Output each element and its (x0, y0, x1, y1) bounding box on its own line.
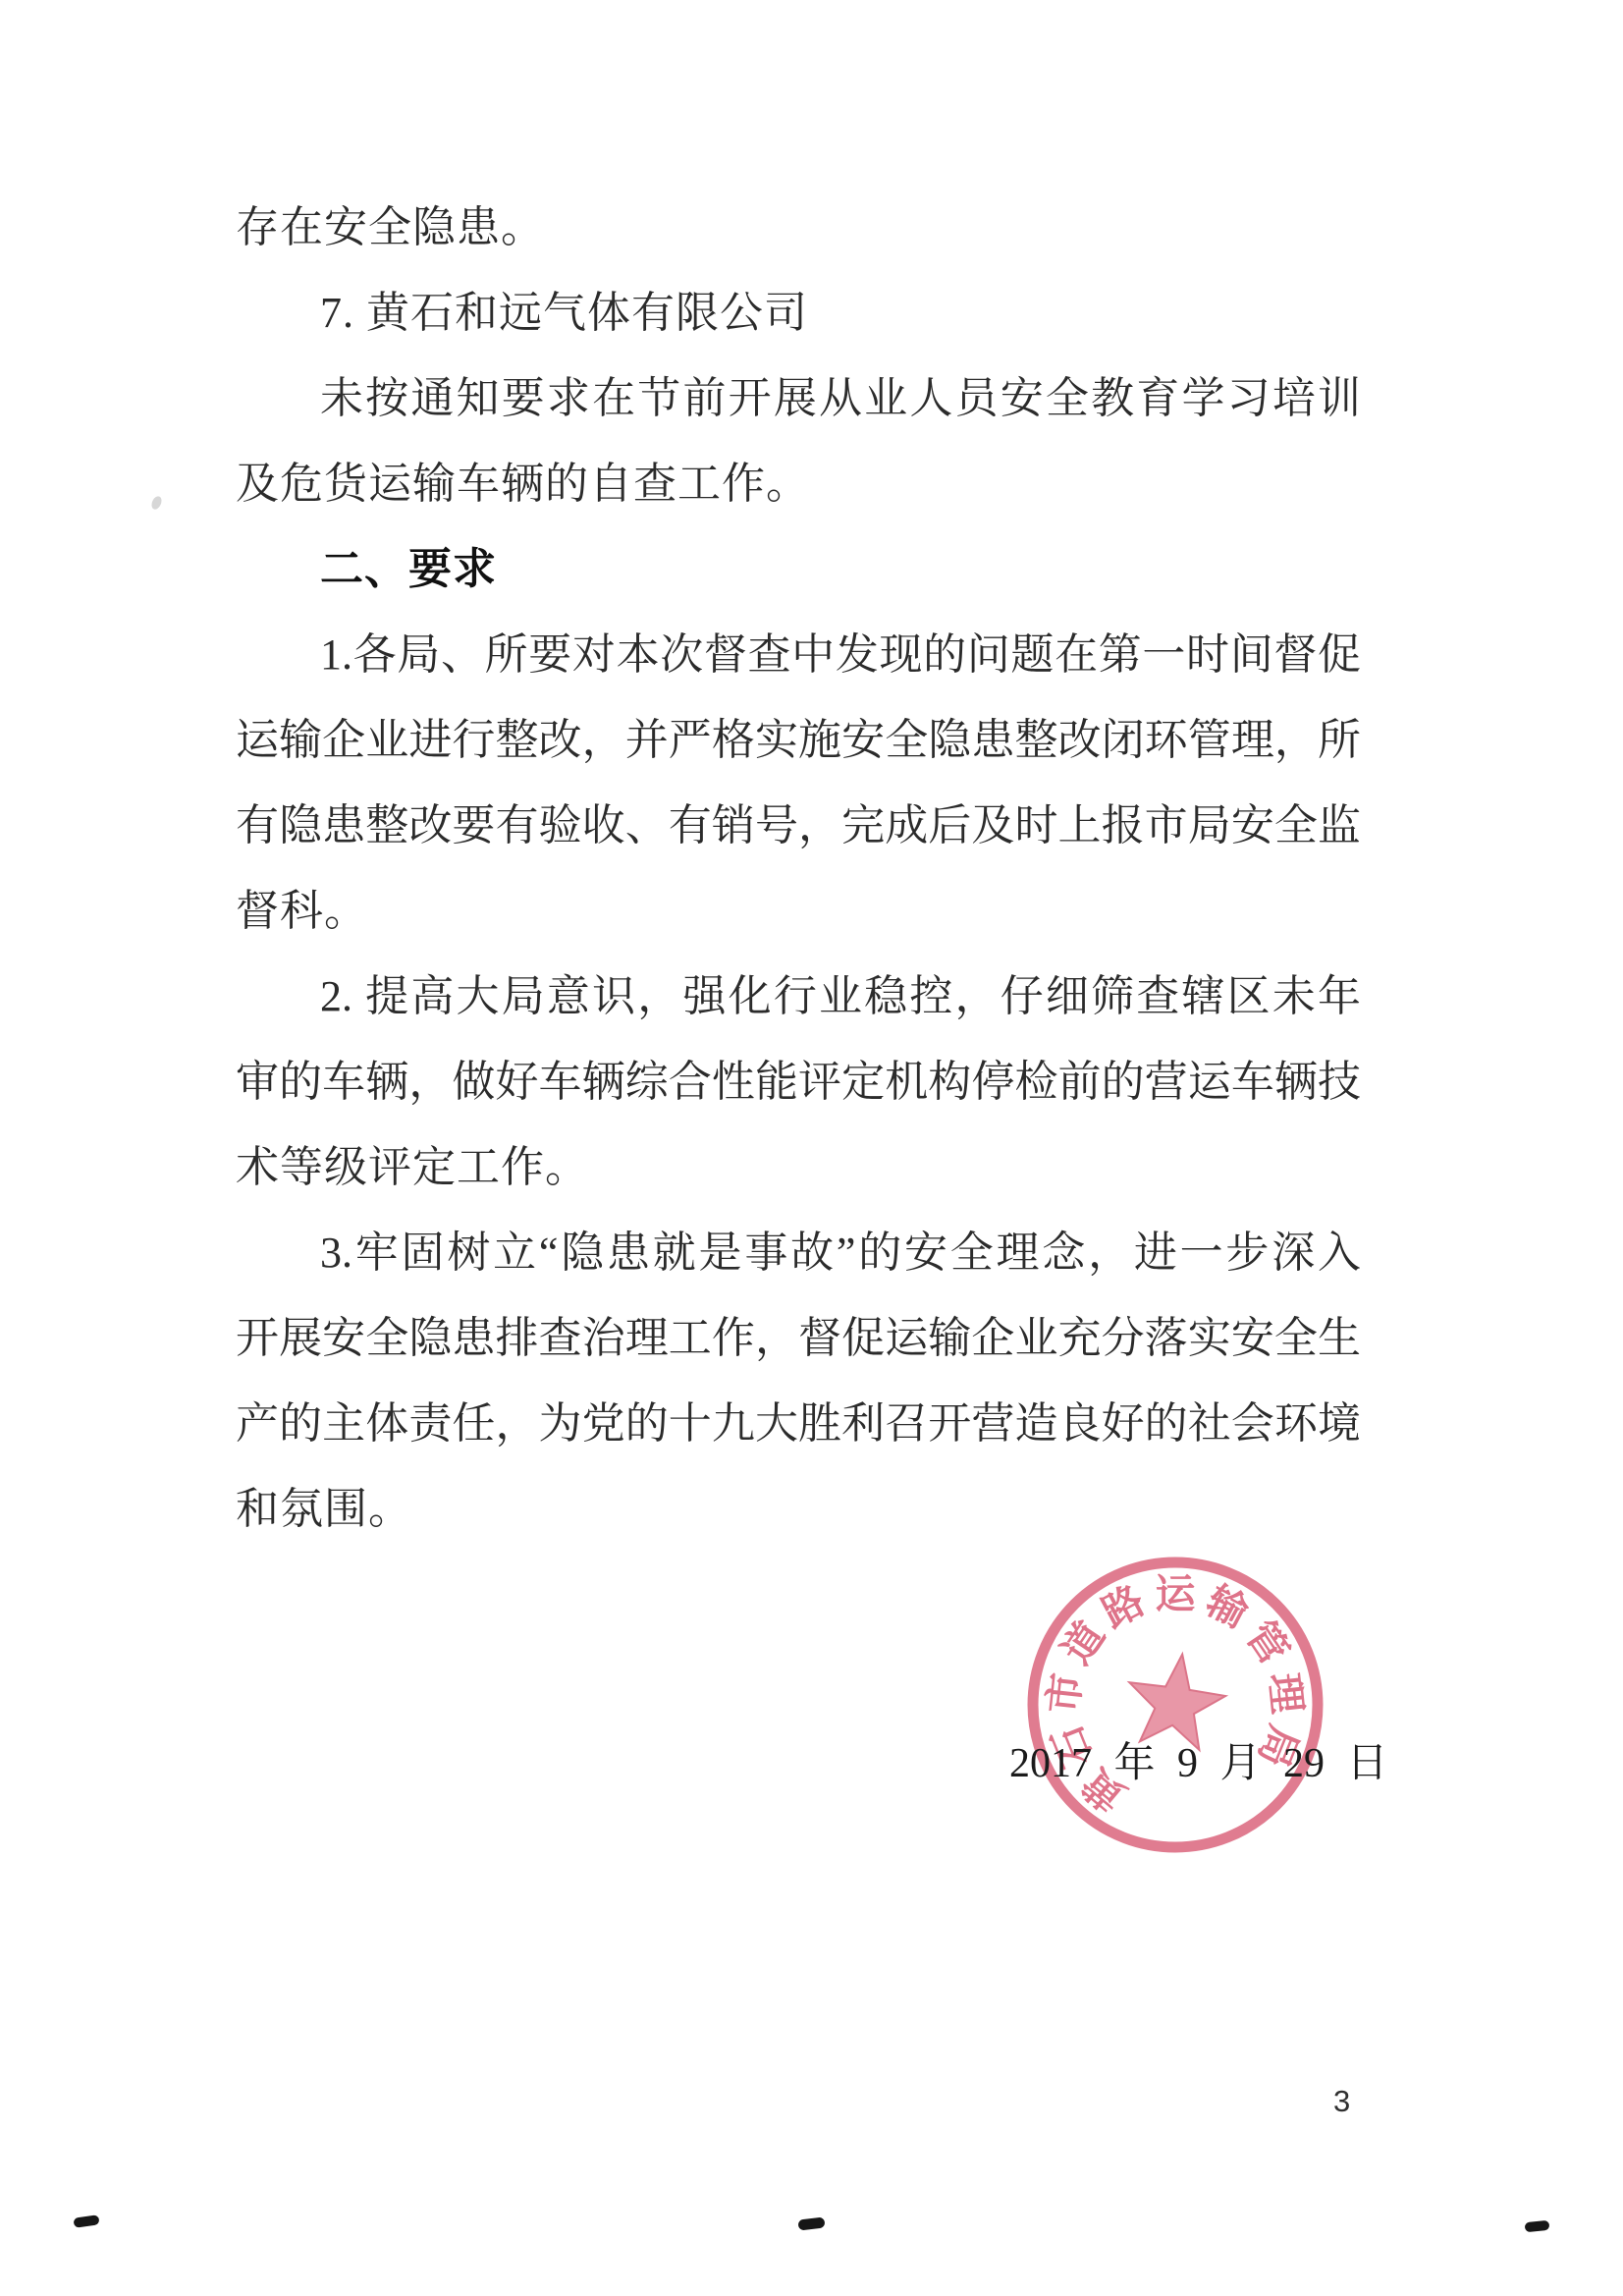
text-line: 7. 黄石和远气体有限公司 (236, 270, 1361, 355)
scan-artifact (1525, 2220, 1550, 2233)
scan-speck-artifact (150, 495, 164, 511)
text-line: 1.各局、所要对本次督查中发现的问题在第一时间督促 (236, 612, 1361, 697)
text-line: 存在安全隐患。 (236, 185, 1361, 270)
scanned-document-page: 存在安全隐患。 7. 黄石和远气体有限公司 未按通知要求在节前开展从业人员安全教… (0, 0, 1623, 2296)
document-body: 存在安全隐患。 7. 黄石和远气体有限公司 未按通知要求在节前开展从业人员安全教… (236, 185, 1361, 1552)
official-seal: 黄 石 市 道 路 运 输 管 理 局 (1013, 1543, 1337, 1867)
text-line: 及危货运输车辆的自查工作。 (236, 441, 1361, 526)
text-line: 开展安全隐患排查治理工作，督促运输企业充分落实安全生 (236, 1295, 1361, 1381)
text-line: 督科。 (236, 868, 1361, 954)
scan-artifact (797, 2216, 825, 2230)
text-line: 未按通知要求在节前开展从业人员安全教育学习培训 (236, 355, 1361, 441)
text-line: 和氛围。 (236, 1466, 1361, 1552)
text-line: 术等级评定工作。 (236, 1124, 1361, 1210)
seal-arc-character: 理 (1261, 1670, 1310, 1716)
date-text: 2017 年 9 月 29 日 (1009, 1730, 1388, 1789)
text-line: 产的主体责任，为党的十九大胜利召开营造良好的社会环境 (236, 1381, 1361, 1466)
seal-arc-character: 运 (1156, 1571, 1197, 1616)
page-number: 3 (1333, 2084, 1350, 2119)
text-line: 3.牢固树立“隐患就是事故”的安全理念，进一步深入 (236, 1210, 1361, 1295)
text-line: 运输企业进行整改，并严格实施安全隐患整改闭环管理，所 (236, 697, 1361, 783)
scan-artifact (73, 2214, 99, 2228)
seal-arc-character: 市 (1041, 1670, 1090, 1716)
section-heading: 二、要求 (236, 526, 1361, 612)
text-line: 有隐患整改要有验收、有销号，完成后及时上报市局安全监 (236, 783, 1361, 868)
text-line: 2. 提高大局意识，强化行业稳控，仔细筛查辖区未年 (236, 954, 1361, 1039)
text-line: 审的车辆，做好车辆综合性能评定机构停检前的营运车辆技 (236, 1039, 1361, 1124)
